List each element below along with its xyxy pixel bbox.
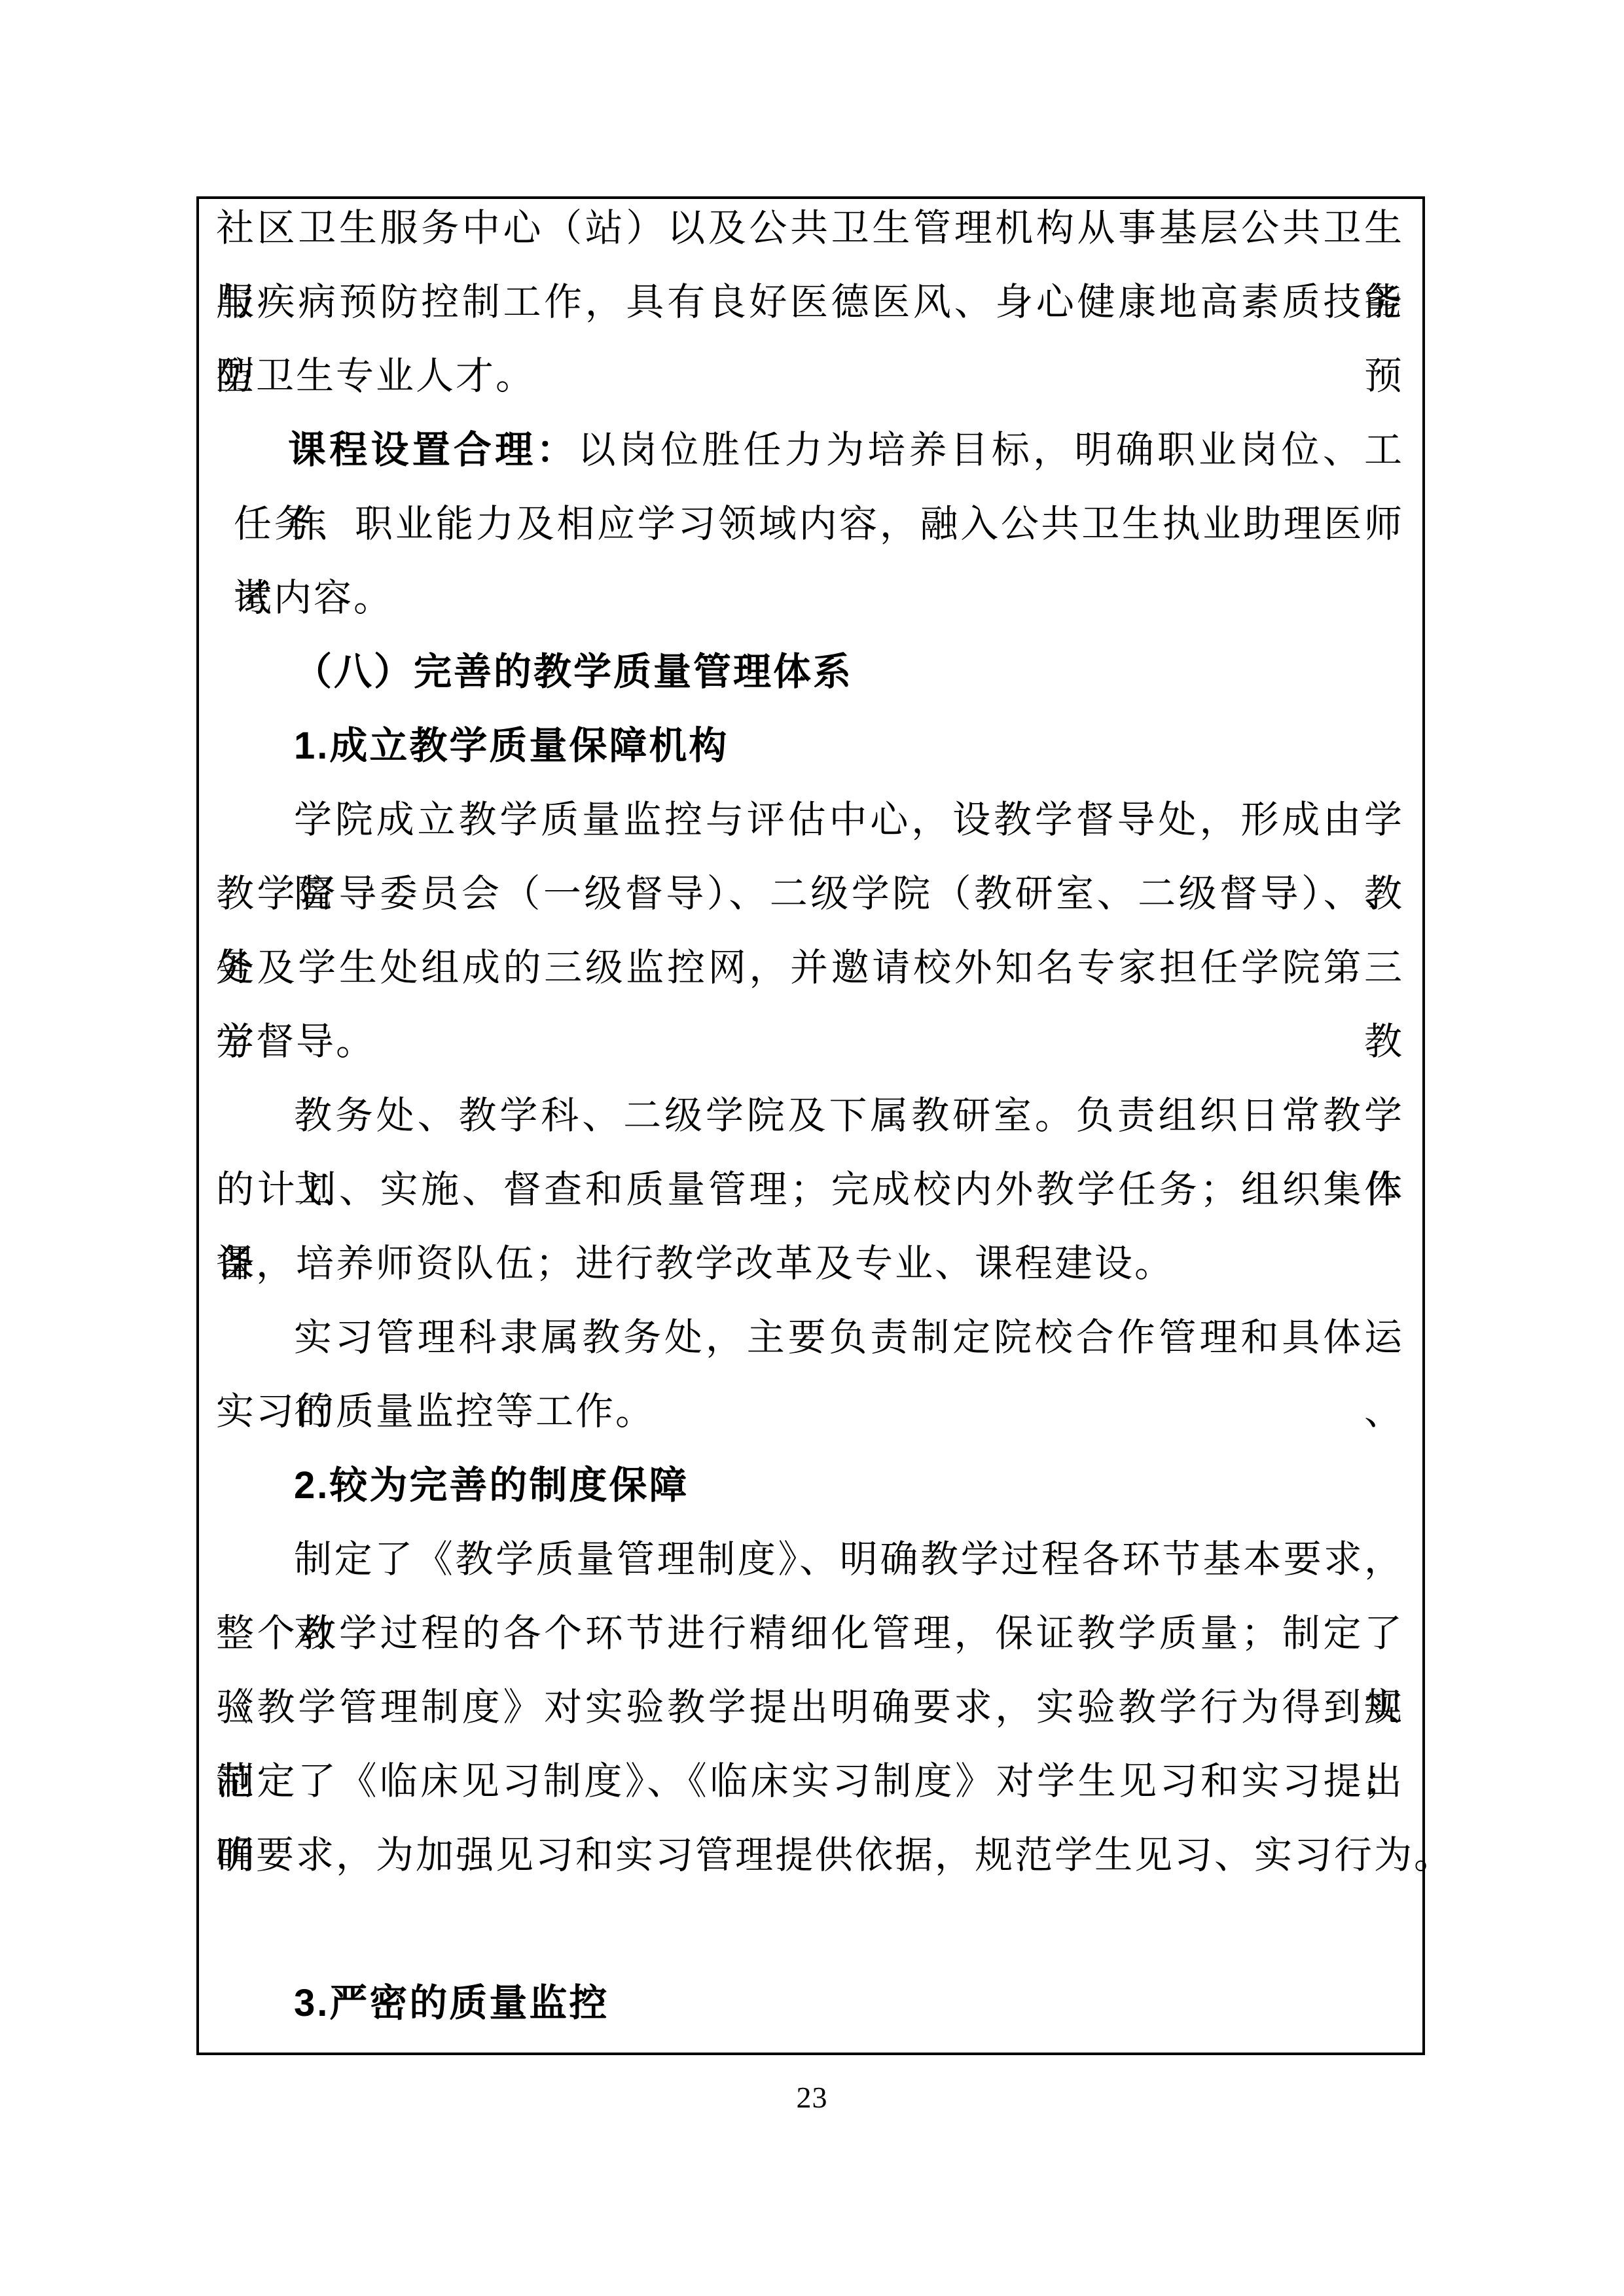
blank-line [216, 1892, 1404, 1966]
text-line: 3.严密的质量监控 [216, 1966, 1404, 2040]
text-line: 课程设置合理：以岗位胜任力为培养目标，明确职业岗位、工作 [216, 413, 1404, 487]
text-line: 1.成立教学质量保障机构 [216, 709, 1404, 783]
text-line: 验教学管理制度》对实验教学提出明确要求，实验教学行为得到规范； [216, 1670, 1404, 1744]
text-column: 社区卫生服务中心（站）以及公共卫生管理机构从事基层公共卫生服务与疾病预防控制工作… [216, 191, 1404, 2040]
text-line: 社区卫生服务中心（站）以及公共卫生管理机构从事基层公共卫生服务 [216, 191, 1404, 265]
text-line: 整个教学过程的各个环节进行精细化管理，保证教学质量；制定了《实 [216, 1596, 1404, 1670]
text-line: （八）完善的教学质量管理体系 [216, 635, 1404, 709]
text-line: 实习管理科隶属教务处，主要负责制定院校合作管理和具体运行、 [216, 1300, 1404, 1374]
text-line: 教务处、教学科、二级学院及下属教研室。负责组织日常教学工作 [216, 1079, 1404, 1153]
text-line: 试内容。 [216, 561, 1404, 635]
bold-lead-in: 课程设置合理： [288, 429, 578, 471]
text-line: 教学督导委员会（一级督导）、二级学院（教研室、二级督导）、教务 [216, 857, 1404, 931]
text-line: 任务、职业能力及相应学习领域内容，融入公共卫生执业助理医师考 [216, 487, 1404, 561]
text-line: 确要求，为加强见习和实习管理提供依据，规范学生见习、实习行为。 [216, 1818, 1404, 1892]
text-line: 的计划、实施、督查和质量管理；完成校内外教学任务；组织集体备 [216, 1153, 1404, 1227]
text-line: 2.较为完善的制度保障 [216, 1448, 1404, 1522]
page-number: 23 [0, 2080, 1624, 2115]
text-line: 制定了《临床见习制度》、《临床实习制度》对学生见习和实习提出明 [216, 1744, 1404, 1818]
text-line: 学院成立教学质量监控与评估中心，设教学督导处，形成由学院、 [216, 783, 1404, 857]
text-line: 与疾病预防控制工作，具有良好医德医风、身心健康地高素质技能型预 [216, 265, 1404, 339]
text-line: 制定了《教学质量管理制度》、明确教学过程各环节基本要求，对 [216, 1522, 1404, 1596]
text-line: 课，培养师资队伍；进行教学改革及专业、课程建设。 [216, 1227, 1404, 1300]
text-line: 处及学生处组成的三级监控网，并邀请校外知名专家担任学院第三方教 [216, 931, 1404, 1005]
